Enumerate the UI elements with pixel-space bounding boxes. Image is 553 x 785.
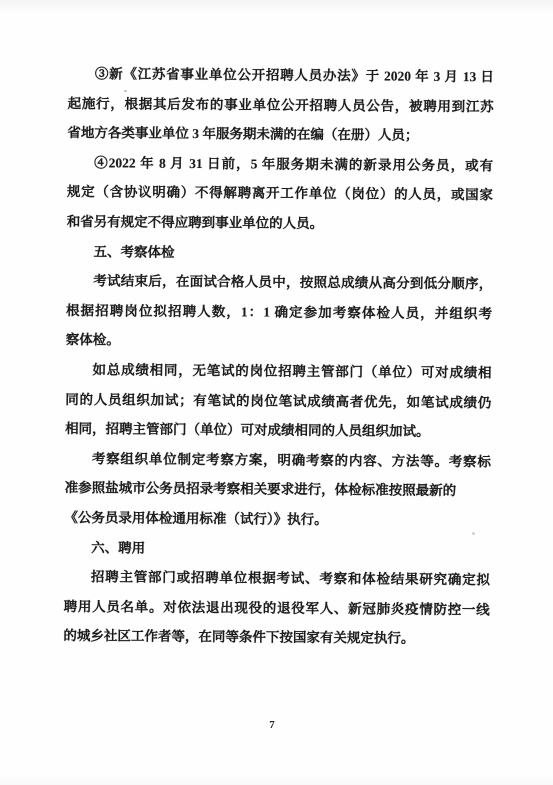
text-line: 根据招聘岗位拟招聘人数，1：1 确定参加考察体检人员，并组织考 (66, 296, 492, 329)
text-line: 相同，招聘主管部门（单位）可对成绩相同的人员组织加试。 (65, 414, 491, 447)
body-paragraph: 考试结束后，在面试合格人员中，按照总成绩从高分到低分顺序，根据招聘岗位拟招聘人数… (66, 266, 493, 358)
text-line: 聘用人员名单。对依法退出现役的退役军人、新冠肺炎疫情防控一线 (64, 592, 490, 625)
text-line: 省地方各类事业单位 3 年服务期未满的在编（在册）人员； (67, 118, 493, 151)
text-line: 准参照盐城市公务员招录考察相关要求进行，体检标准按照最新的 (65, 473, 491, 506)
text-line: 六、聘用 (64, 532, 490, 565)
body-paragraph: 招聘主管部门或招聘单位根据考试、考察和体检结果研究确定拟聘用人员名单。对依法退出… (63, 562, 490, 654)
body-paragraph: 如总成绩相同，无笔试的岗位招聘主管部门（单位）可对成绩相同的人员组织加试；有笔试… (65, 355, 492, 447)
text-line: 《公务员录用体检通用标准（试行）》执行。 (64, 503, 490, 536)
scan-speck (472, 532, 475, 535)
text-line: 考试结束后，在面试合格人员中，按照总成绩从高分到低分顺序， (66, 266, 492, 299)
text-line: 起施行，根据其后发布的事业单位公开招聘人员公告，被聘用到江苏 (68, 89, 494, 122)
text-line: 考察组织单位制定考察方案，明确考察的内容、方法等。考察标 (65, 444, 491, 477)
text-line: 的城乡社区工作者等，在同等条件下按国家有关规定执行。 (63, 621, 489, 654)
document-page: ③新《江苏省事业单位公开招聘人员办法》于 2020 年 3 月 13 日起施行，… (0, 0, 553, 785)
text-line: ③新《江苏省事业单位公开招聘人员办法》于 2020 年 3 月 13 日 (68, 59, 494, 92)
page-number: 7 (258, 719, 286, 731)
section-heading: 五、考察体检 (66, 237, 492, 270)
text-line: 如总成绩相同，无笔试的岗位招聘主管部门（单位）可对成绩相 (65, 355, 491, 388)
body-paragraph: ④2022 年 8 月 31 日前，5 年服务期未满的新录用公务员，或有规定（含… (67, 148, 494, 240)
scan-speck (124, 90, 127, 92)
text-line: 五、考察体检 (66, 237, 492, 270)
body-paragraph: ③新《江苏省事业单位公开招聘人员办法》于 2020 年 3 月 13 日起施行，… (67, 59, 494, 151)
text-line: ④2022 年 8 月 31 日前，5 年服务期未满的新录用公务员，或有 (67, 148, 493, 181)
text-line: 招聘主管部门或招聘单位根据考试、考察和体检结果研究确定拟 (64, 562, 490, 595)
document-text: ③新《江苏省事业单位公开招聘人员办法》于 2020 年 3 月 13 日起施行，… (63, 59, 494, 654)
text-line: 察体检。 (66, 325, 492, 358)
section-heading: 六、聘用 (64, 532, 490, 565)
text-line: 规定（含协议明确）不得解聘离开工作单位（岗位）的人员，或国家 (67, 177, 493, 210)
text-line: 和省另有规定不得应聘到事业单位的人员。 (67, 207, 493, 240)
text-line: 同的人员组织加试；有笔试的岗位笔试成绩高者优先，如笔试成绩仍 (65, 385, 491, 418)
body-paragraph: 考察组织单位制定考察方案，明确考察的内容、方法等。考察标准参照盐城市公务员招录考… (64, 444, 491, 536)
